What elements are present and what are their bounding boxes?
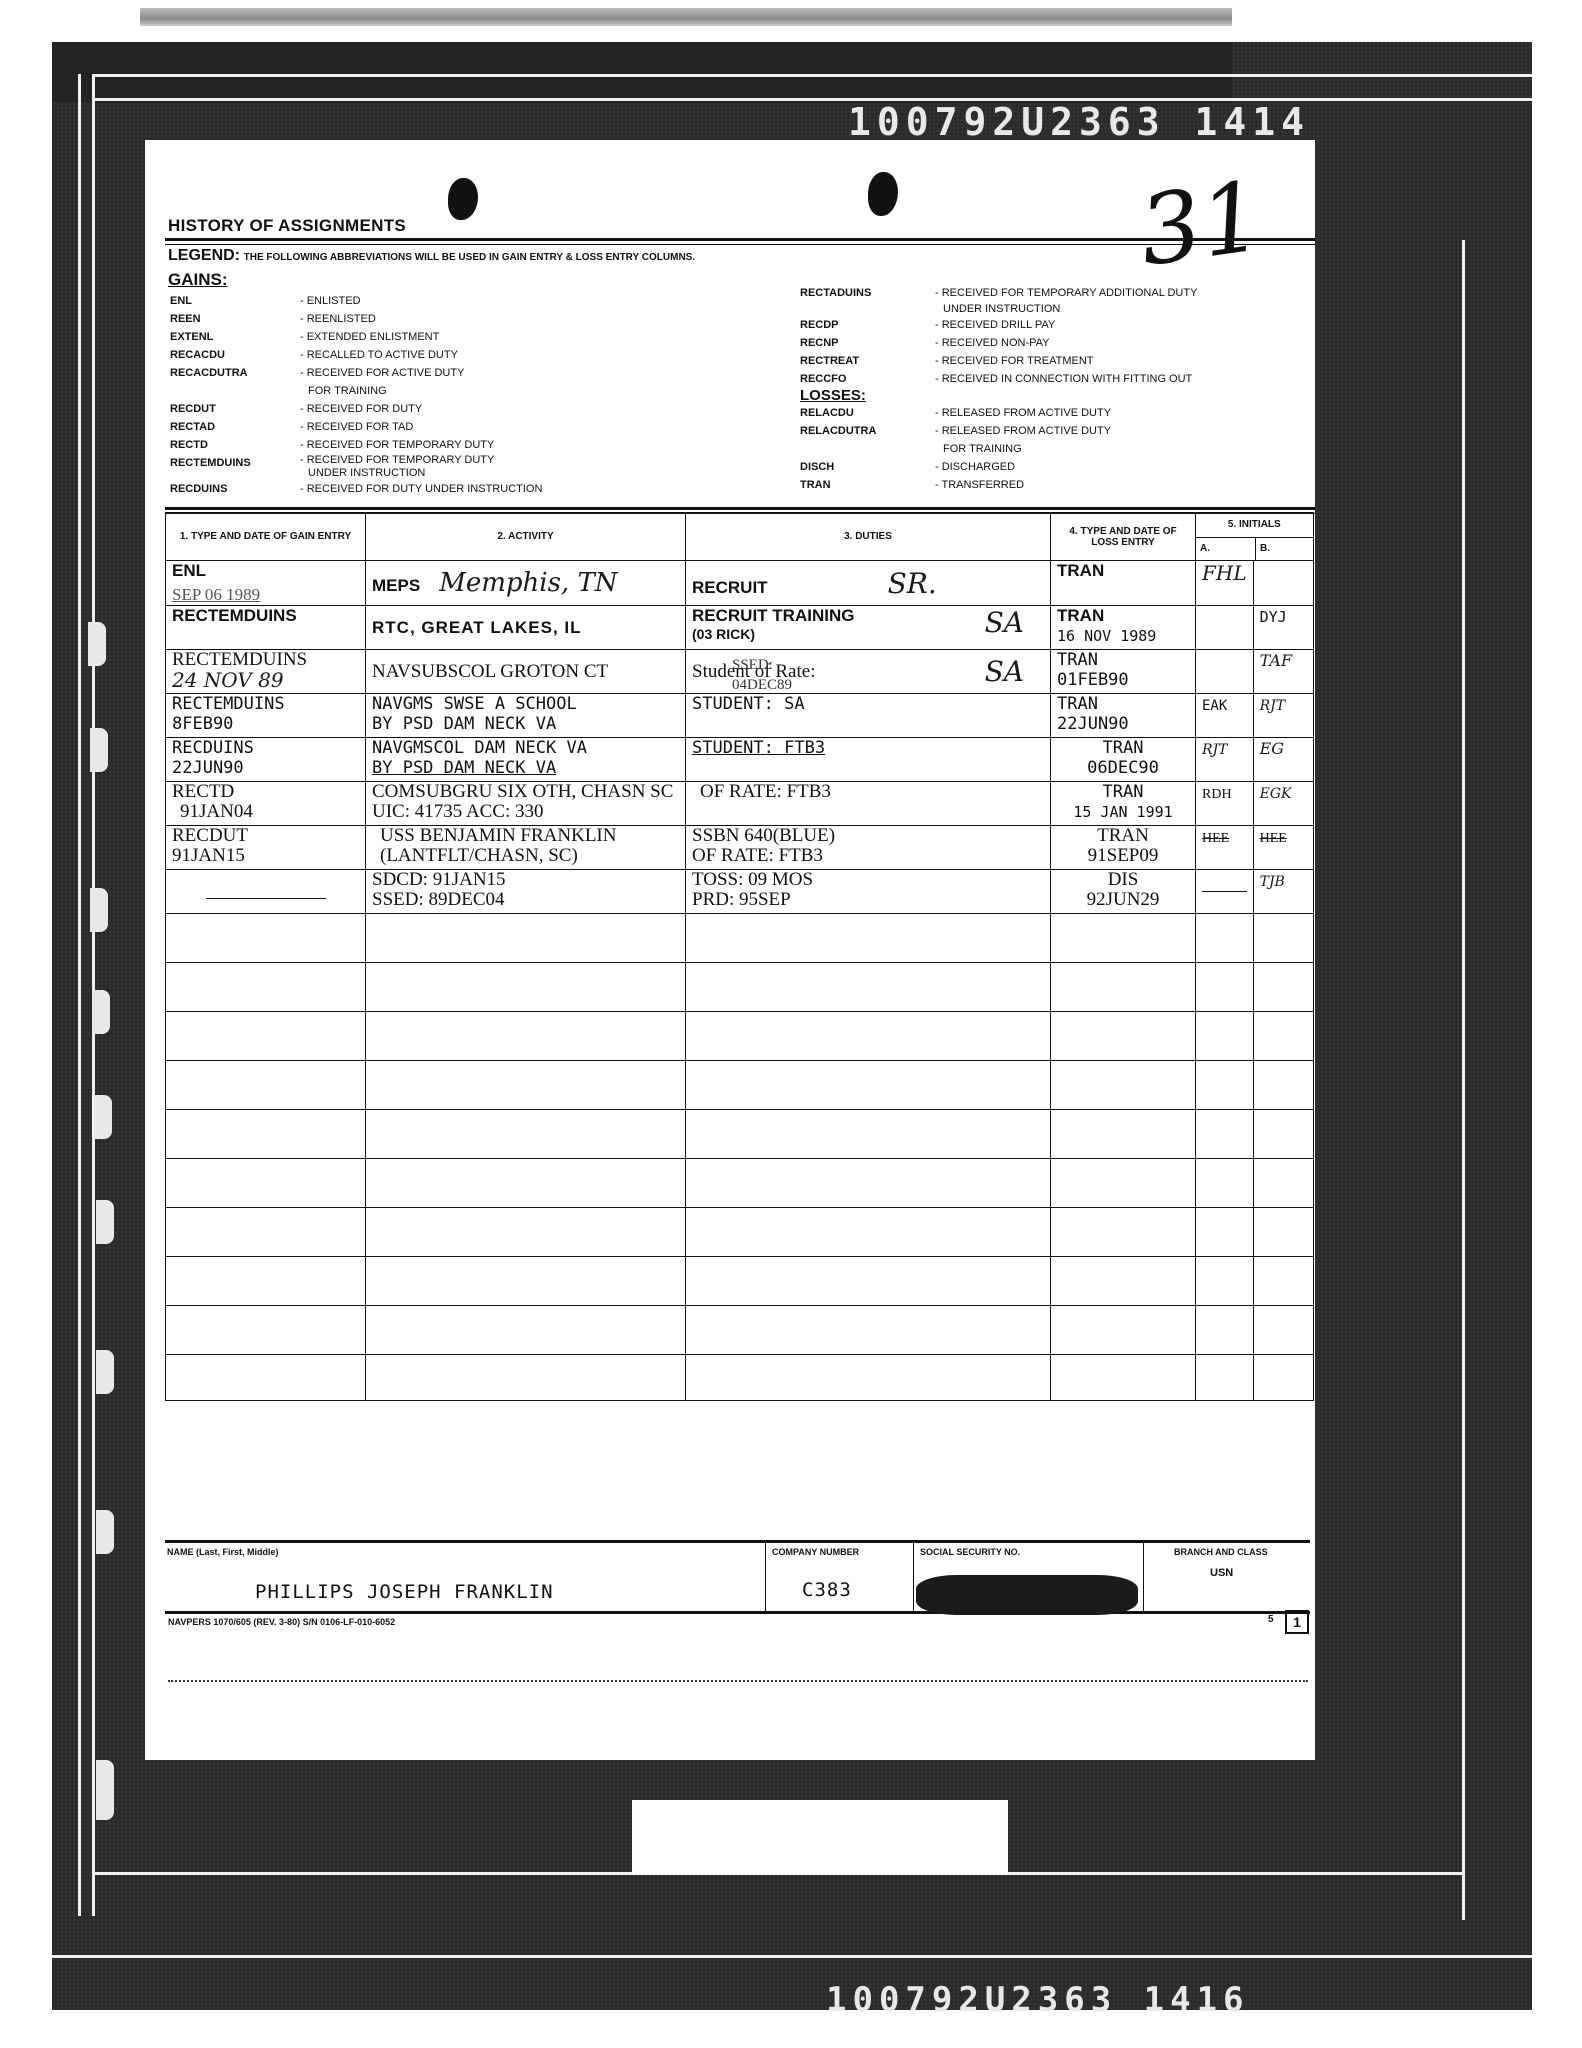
page-box: 1	[1285, 1610, 1309, 1634]
activity-line-2: SSED: 89DEC04	[372, 890, 679, 910]
activity-line: MEPS	[372, 576, 420, 595]
table-row: RECDUINS22JUN90 NAVGMSCOL DAM NECK VABY …	[166, 738, 1314, 782]
gain-date: 24 NOV 89	[172, 670, 359, 690]
legend-item: RECTREAT- RECEIVED FOR TREATMENT	[800, 352, 1280, 370]
activity-line-2: BY PSD DAM NECK VA	[372, 758, 679, 778]
legend-text: THE FOLLOWING ABBREVIATIONS WILL BE USED…	[244, 252, 696, 263]
initials-a: FHL	[1202, 561, 1247, 585]
table-row: RECTEMDUINS8FEB90 NAVGMS SWSE A SCHOOLBY…	[166, 694, 1314, 738]
gains-list: ENL- ENLISTED REEN- REENLISTED EXTENL- E…	[170, 292, 610, 498]
initials-b: TJB	[1260, 874, 1285, 890]
scan-margin-right	[1532, 42, 1582, 2012]
legend-item: RECACDU- RECALLED TO ACTIVE DUTY	[170, 346, 610, 364]
gain-type: RECTEMDUINS	[172, 650, 359, 670]
ssn-field: SOCIAL SECURITY NO.	[913, 1543, 1144, 1611]
loss-date: 06DEC90	[1057, 758, 1189, 778]
table-row: RECTEMDUINS RTC, GREAT LAKES, IL RECRUIT…	[166, 606, 1314, 650]
col-loss-header: 4. TYPE AND DATE OF LOSS ENTRY	[1051, 513, 1196, 561]
initials-b-label: B.	[1256, 538, 1270, 560]
activity-line: RTC, GREAT LAKES, IL	[372, 618, 582, 637]
duties-line: RECRUIT	[692, 578, 768, 597]
frame-line-right	[1462, 240, 1465, 1920]
loss-type: TRAN	[1057, 782, 1189, 802]
initials-label: 5. INITIALS	[1196, 513, 1313, 538]
table-row: RECTEMDUINS24 NOV 89 NAVSUBSCOL GROTON C…	[166, 650, 1314, 694]
legend-item: RECDUINS- RECEIVED FOR DUTY UNDER INSTRU…	[170, 480, 610, 498]
handwritten-duty: SA	[985, 606, 1024, 642]
empty-table-row	[166, 1355, 1314, 1401]
table-row: ENLSEP 06 1989 MEPS Memphis, TN RECRUITS…	[166, 561, 1314, 606]
gain-type: RECDUINS	[172, 738, 359, 758]
frame-line-left	[78, 74, 81, 1916]
company-label: COMPANY NUMBER	[772, 1547, 859, 1557]
company-number-field: COMPANY NUMBER C383	[765, 1543, 914, 1611]
film-sprocket-tab	[94, 1095, 112, 1139]
reel-number-top: 100792U2363 1414	[848, 100, 1310, 144]
frame-line-top-2	[92, 98, 1532, 101]
gain-type: RECTD	[172, 782, 359, 802]
empty-table-row	[166, 1306, 1314, 1355]
film-sprocket-tab	[90, 728, 108, 772]
legend-item: REEN- REENLISTED	[170, 310, 610, 328]
film-sprocket-tab	[96, 1200, 114, 1244]
empty-table-row	[166, 1012, 1314, 1061]
activity-line: SDCD: 91JAN15	[372, 870, 679, 890]
handwritten-activity: Memphis, TN	[439, 568, 617, 598]
loss-date: 91SEP09	[1057, 846, 1189, 866]
table-row: RECTD91JAN04 COMSUBGRU SIX OTH, CHASN SC…	[166, 782, 1314, 826]
gain-type: ENL	[172, 561, 359, 581]
frame-line-top	[92, 74, 1572, 77]
legend-label: LEGEND:	[168, 247, 240, 264]
empty-table-row	[166, 1208, 1314, 1257]
film-sprocket-tab	[90, 888, 108, 932]
gain-type: RECTEMDUINS	[172, 694, 359, 714]
reel-number-bottom: 100792U2363 1416	[826, 1980, 1250, 2020]
legend-item: RECTAD- RECEIVED FOR TAD	[170, 418, 610, 436]
initials-a: RJT	[1202, 742, 1228, 758]
blank-line	[206, 898, 326, 899]
activity-line: NAVGMS SWSE A SCHOOL	[372, 694, 679, 714]
legend-item: RECDP- RECEIVED DRILL PAY	[800, 316, 1280, 334]
scan-margin-bottom	[0, 2012, 1582, 2048]
ssn-label: SOCIAL SECURITY NO.	[920, 1547, 1020, 1557]
loss-type: TRAN	[1057, 606, 1189, 626]
legend-item: RECTEMDUINS- RECEIVED FOR TEMPORARY DUTY…	[170, 454, 610, 480]
initials-b: HEE	[1260, 831, 1287, 846]
table-row: RECDUT91JAN15 USS BENJAMIN FRANKLIN(LANT…	[166, 826, 1314, 870]
handwritten-page-mark: 31	[1133, 160, 1270, 288]
name-label: NAME (Last, First, Middle)	[167, 1547, 279, 1557]
loss-date: 92JUN29	[1057, 890, 1189, 910]
fold-line	[168, 1680, 1308, 1682]
duties-line: TOSS: 09 MOS	[692, 870, 1044, 890]
gains-label: GAINS:	[168, 270, 228, 290]
empty-table-row	[166, 1159, 1314, 1208]
branch-value: USN	[1210, 1567, 1233, 1579]
duties-line-2: (03 RICK)	[692, 626, 854, 642]
legend-item: DISCH- DISCHARGED	[800, 458, 1280, 476]
activity-line: USS BENJAMIN FRANKLIN	[372, 826, 679, 846]
col-initials-header: 5. INITIALS A. B.	[1196, 513, 1314, 561]
gain-date: 8FEB90	[172, 714, 359, 734]
col-activity-header: 2. ACTIVITY	[366, 513, 686, 561]
duties-overstrike: SSED: 04DEC89	[732, 655, 815, 695]
activity-line: COMSUBGRU SIX OTH, CHASN SC	[372, 782, 679, 802]
initials-b: EG	[1260, 739, 1284, 758]
loss-date: 22JUN90	[1057, 714, 1189, 734]
activity-line-2: BY PSD DAM NECK VA	[372, 714, 679, 734]
legend-item: RELACDUTRA- RELEASED FROM ACTIVE DUTYFOR…	[800, 422, 1280, 458]
loss-type: TRAN	[1057, 650, 1189, 670]
initials-b: EGK	[1260, 786, 1292, 802]
duties-line-2: STUDENT: FTB3	[692, 738, 1044, 758]
ssn-redaction	[916, 1575, 1138, 1615]
initials-a: RDH	[1202, 787, 1232, 802]
empty-table-row	[166, 914, 1314, 963]
empty-table-row	[166, 963, 1314, 1012]
activity-line: NAVSUBSCOL GROTON CT	[372, 661, 608, 682]
frame-line-bottom-2	[52, 1955, 1532, 1958]
table-header-row: 1. TYPE AND DATE OF GAIN ENTRY 2. ACTIVI…	[166, 513, 1314, 561]
gain-date: 91JAN15	[172, 846, 359, 866]
film-sprocket-tab	[92, 990, 110, 1034]
gain-date: 91JAN04	[172, 802, 359, 822]
duties-line: SSBN 640(BLUE)	[692, 826, 1044, 846]
duties-line-2: PRD: 95SEP	[692, 890, 1044, 910]
name-field: NAME (Last, First, Middle) PHILLIPS JOSE…	[165, 1543, 765, 1611]
film-sprocket-tab	[96, 1510, 114, 1554]
initials-b: TAF	[1260, 651, 1292, 670]
legend-item: RECDUT- RECEIVED FOR DUTY	[170, 400, 610, 418]
legend-header: LEGEND: THE FOLLOWING ABBREVIATIONS WILL…	[168, 247, 695, 265]
film-tab-cutout	[632, 1800, 1008, 1875]
gain-date: 22JUN90	[172, 758, 359, 778]
loss-type: DIS	[1057, 870, 1189, 890]
col-duties-header: 3. DUTIES	[686, 513, 1051, 561]
title-rule	[165, 238, 1315, 245]
initials-b: DYJ	[1260, 608, 1287, 626]
loss-date: 16 NOV 1989	[1057, 626, 1189, 646]
empty-table-row	[166, 1110, 1314, 1159]
empty-table-row	[166, 1061, 1314, 1110]
film-sprocket-tab	[88, 622, 106, 666]
company-value: C383	[802, 1579, 852, 1601]
page-number: 5	[1268, 1614, 1274, 1625]
activity-line-2: UIC: 41735 ACC: 330	[372, 802, 679, 822]
loss-date: 15 JAN 1991	[1057, 802, 1189, 822]
loss-type: TRAN	[1057, 694, 1189, 714]
legend-item: ENL- ENLISTED	[170, 292, 610, 310]
scan-margin-topright	[1232, 0, 1582, 42]
name-value: PHILLIPS JOSEPH FRANKLIN	[255, 1581, 554, 1603]
film-sprocket-tab	[96, 1760, 114, 1820]
legend-item: RELACDU- RELEASED FROM ACTIVE DUTY	[800, 404, 1280, 422]
blank-line	[1202, 891, 1247, 892]
gain-type: RECTEMDUINS	[172, 606, 359, 626]
handwritten-duty: SA	[985, 655, 1024, 688]
duties-line-2: OF RATE: FTB3	[692, 846, 1044, 866]
activity-line-2: (LANTFLT/CHASN, SC)	[372, 846, 679, 866]
film-sprocket-tab	[96, 1350, 114, 1394]
duties-line-2: OF RATE: FTB3	[692, 782, 1044, 802]
gain-date: SEP 06 1989	[172, 581, 359, 605]
handwritten-duty: SR.	[888, 567, 937, 600]
legend-item: RECNP- RECEIVED NON-PAY	[800, 334, 1280, 352]
legend-item: RECTADUINS- RECEIVED FOR TEMPORARY ADDIT…	[800, 284, 1280, 316]
personnel-info-block: NAME (Last, First, Middle) PHILLIPS JOSE…	[165, 1540, 1310, 1614]
legend-item: TRAN- TRANSFERRED	[800, 476, 1280, 494]
frame-top-band	[52, 42, 1232, 102]
loss-date: 01FEB90	[1057, 670, 1189, 690]
initials-a: HEE	[1202, 831, 1229, 846]
loss-type: TRAN	[1057, 826, 1189, 846]
gains-list-right: RECTADUINS- RECEIVED FOR TEMPORARY ADDIT…	[800, 284, 1280, 494]
branch-label: BRANCH AND CLASS	[1174, 1547, 1268, 1557]
branch-class-field: BRANCH AND CLASS USN	[1143, 1543, 1311, 1611]
form-title: HISTORY OF ASSIGNMENTS	[168, 216, 406, 236]
legend-item: RECTD- RECEIVED FOR TEMPORARY DUTY	[170, 436, 610, 454]
legend-item: RECACDUTRA- RECEIVED FOR ACTIVE DUTYFOR …	[170, 364, 610, 400]
initials-a: EAK	[1202, 698, 1227, 714]
duties-line-2: STUDENT: SA	[692, 694, 1044, 714]
initials-a-label: A.	[1196, 538, 1256, 560]
loss-type: TRAN	[1057, 738, 1189, 758]
table-row: SDCD: 91JAN15SSED: 89DEC04 TOSS: 09 MOSP…	[166, 870, 1314, 914]
loss-type: TRAN	[1057, 561, 1189, 581]
form-id: NAVPERS 1070/605 (REV. 3-80) S/N 0106-LF…	[168, 1617, 395, 1627]
empty-table-row	[166, 1257, 1314, 1306]
legend-item: EXTENL- EXTENDED ENLISTMENT	[170, 328, 610, 346]
assignments-table: 1. TYPE AND DATE OF GAIN ENTRY 2. ACTIVI…	[165, 512, 1314, 1401]
col-gain-header: 1. TYPE AND DATE OF GAIN ENTRY	[166, 513, 366, 561]
losses-label: LOSSES:	[800, 388, 1280, 404]
scan-margin-left	[0, 42, 52, 2012]
legend-item: RECCFO- RECEIVED IN CONNECTION WITH FITT…	[800, 370, 1280, 388]
gain-type: RECDUT	[172, 826, 359, 846]
activity-line: NAVGMSCOL DAM NECK VA	[372, 738, 679, 758]
duties-line: RECRUIT TRAINING	[692, 606, 854, 626]
initials-b: RJT	[1260, 698, 1286, 714]
